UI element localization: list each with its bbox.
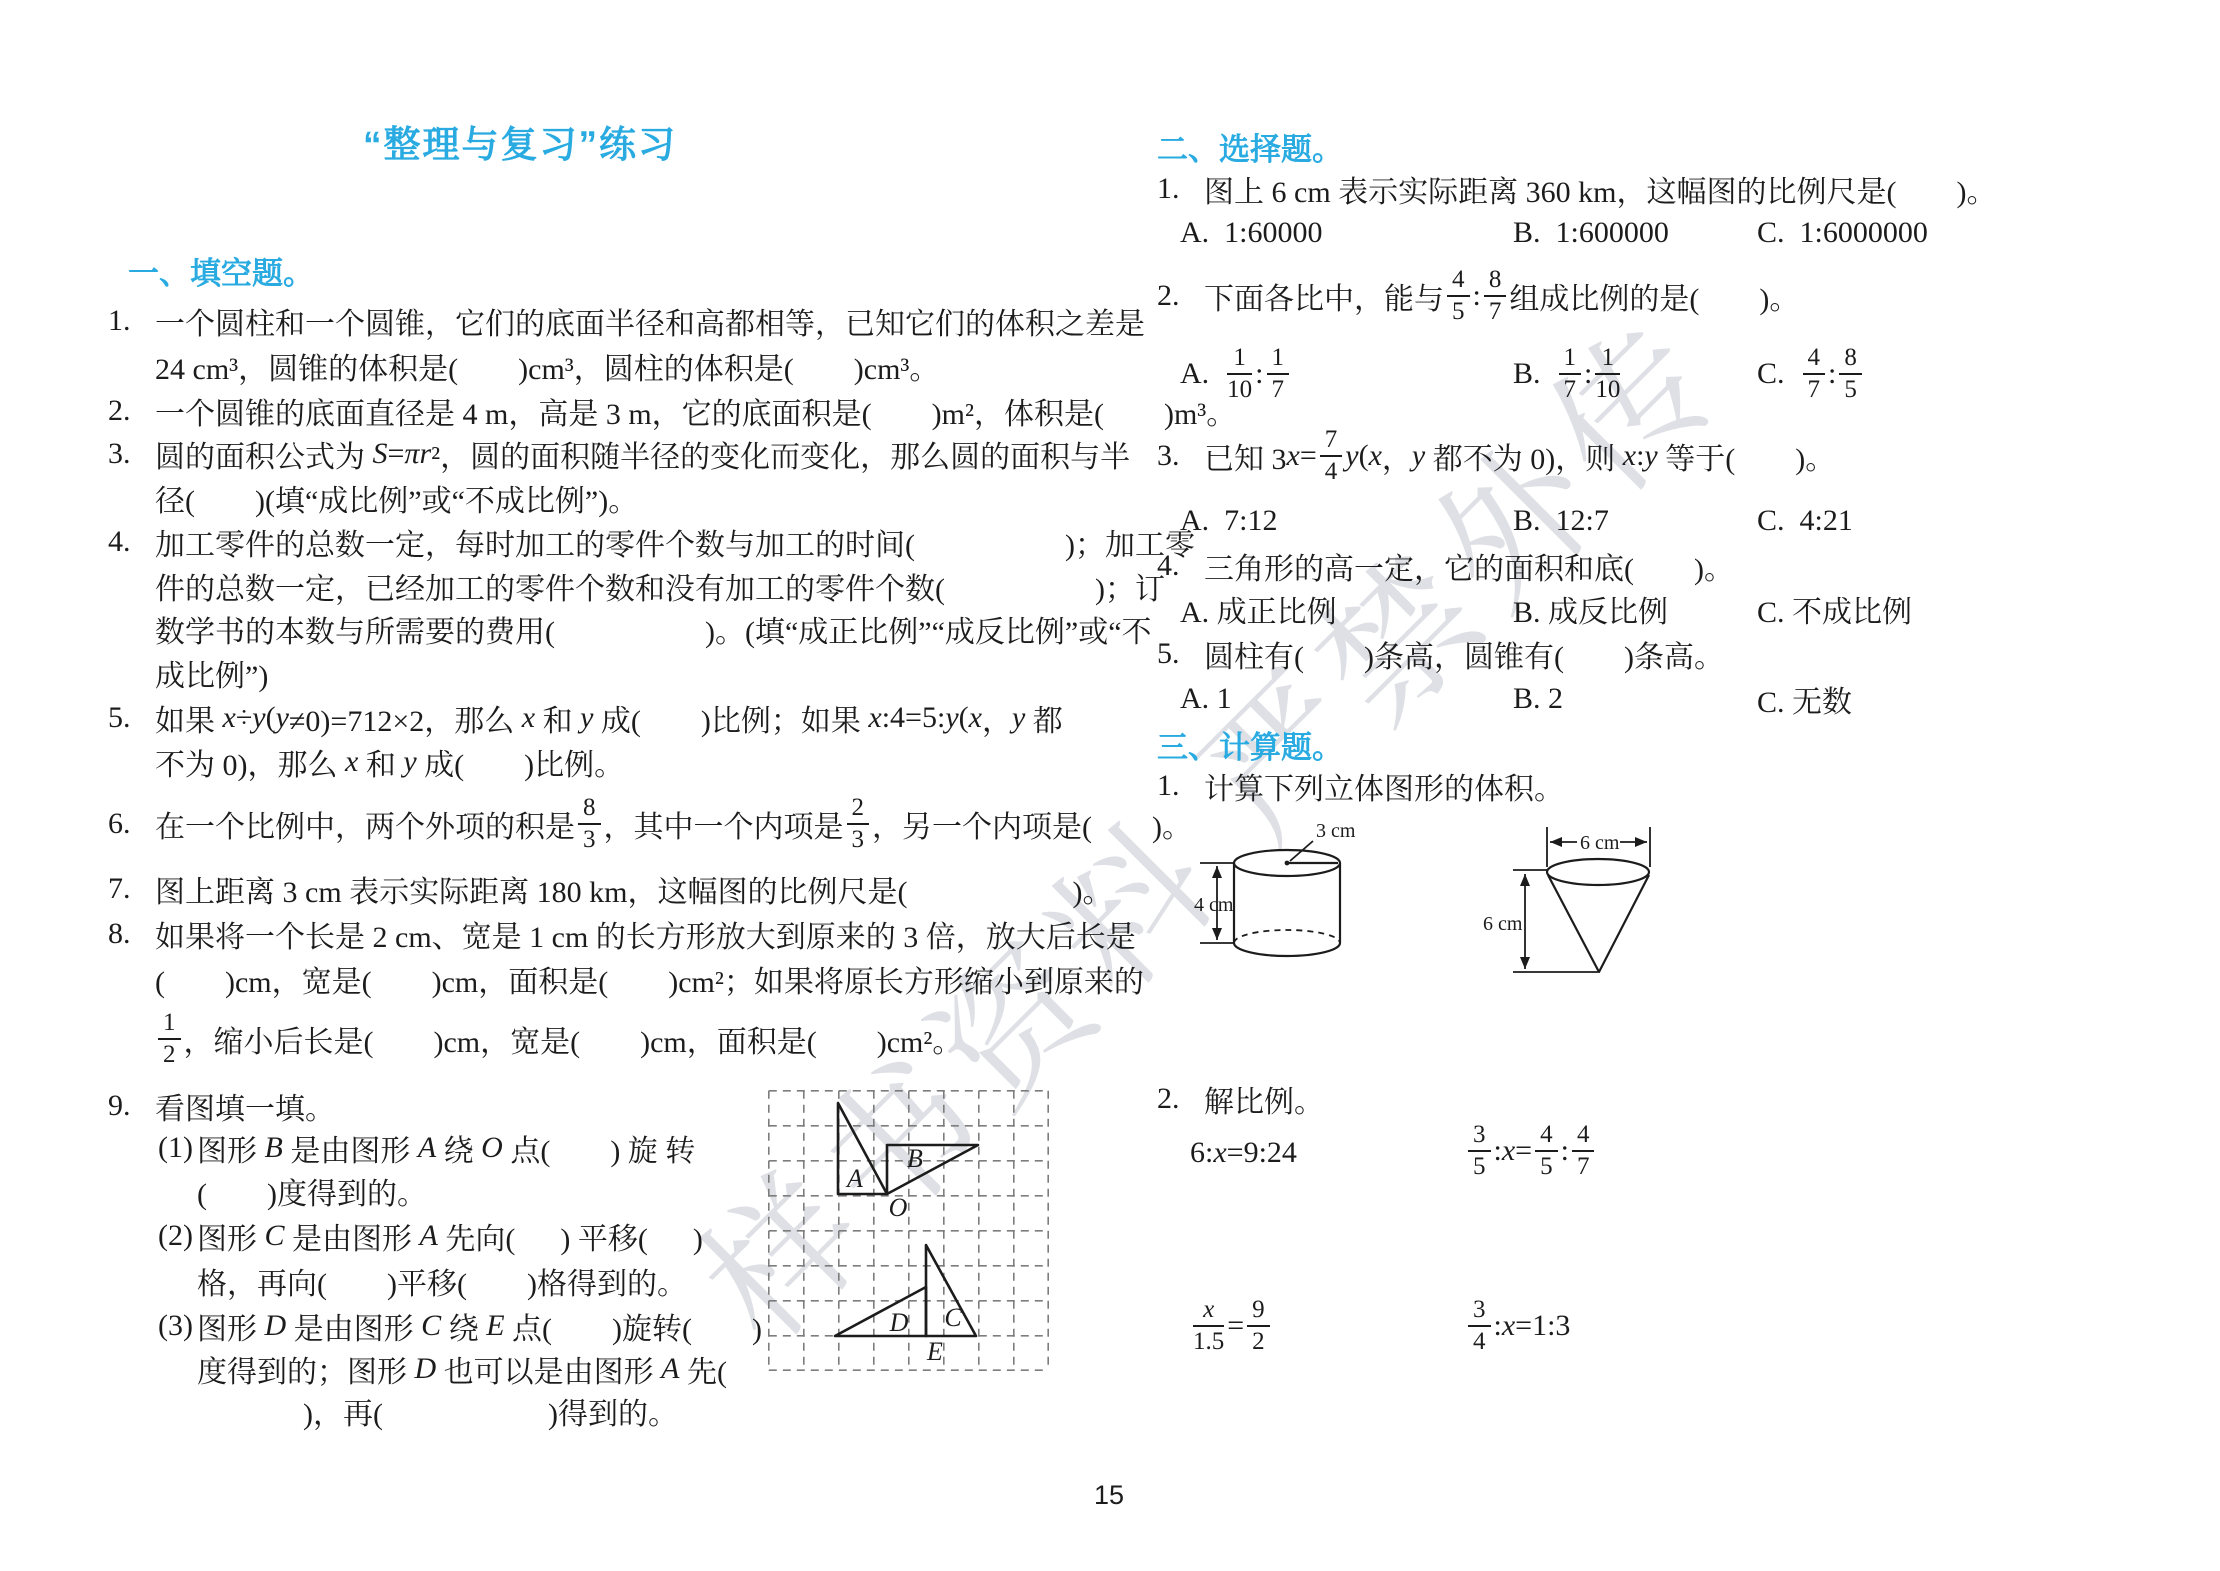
- solids-figure: 3 cm 4 cm 6 cm 6 cm: [1180, 815, 2100, 1005]
- choice-question: 5.圆柱有( )条高，圆锥有( )条高。: [1157, 632, 1724, 675]
- label-d: D: [889, 1308, 909, 1337]
- fill-line: 9.看图填一填。: [108, 1084, 335, 1127]
- label-c: C: [944, 1303, 962, 1332]
- choice-option: B. 成反比例: [1513, 587, 1668, 630]
- fill-line: 24 cm³，圆锥的体积是( )cm³，圆柱的体积是( )cm³。: [155, 344, 939, 387]
- choice-question: 4.三角形的高一定，它的面积和底( )。: [1157, 544, 1734, 587]
- fill-line: (2)图形 C 是由图形 A 先向( ) 平移( ): [158, 1214, 703, 1257]
- label-e: E: [926, 1337, 943, 1366]
- fill-line: ( )cm，宽是( )cm，面积是( )cm²；如果将原长方形缩小到原来的: [155, 957, 1144, 1000]
- calc-question: 1.计算下列立体图形的体积。: [1157, 764, 1564, 807]
- fill-line: 4.加工零件的总数一定，每时加工的零件个数与加工的时间( )；加工零: [108, 520, 1195, 563]
- cone-diameter-label: 6 cm: [1580, 832, 1620, 854]
- choice-option: A. 7:12: [1180, 499, 1278, 542]
- grid-lines: [769, 1091, 1048, 1370]
- calc-question: 2.解比例。: [1157, 1077, 1324, 1120]
- fill-line: 不为 0)，那么 x 和 y 成( )比例。: [155, 740, 624, 783]
- choice-option: B. 12:7: [1513, 499, 1609, 542]
- choice-option: C. 47:85: [1757, 330, 1865, 418]
- choice-option: B. 1:600000: [1513, 211, 1669, 254]
- fill-line: )，再( )得到的。: [303, 1389, 678, 1432]
- fill-line: 3.圆的面积公式为 S=πr²，圆的面积随半径的变化而变化，那么圆的面积与半: [108, 432, 1130, 475]
- choice-option: B. 17:110: [1513, 330, 1623, 418]
- fill-line: 成比例”): [155, 651, 268, 694]
- choice-question: 2.下面各比中，能与45:87组成比例的是( )。: [1157, 252, 1799, 340]
- worksheet-page: 样书资料 严禁外传 “整理与复习”练习 一、填空题。 1.一个圆柱和一个圆锥，它…: [0, 0, 2220, 1571]
- fill-line: 8.如果将一个长是 2 cm、宽是 1 cm 的长方形放大到原来的 3 倍，放大…: [108, 912, 1136, 955]
- fill-line: (1)图形 B 是由图形 A 绕 O 点( ) 旋 转: [158, 1126, 695, 1169]
- fill-line: 度得到的；图形 D 也可以是由图形 A 先(: [197, 1347, 727, 1390]
- triangle-d: [835, 1287, 926, 1336]
- fill-line: (3)图形 D 是由图形 C 绕 E 点( )旋转( ): [158, 1304, 762, 1347]
- cylinder-height-label: 4 cm: [1194, 894, 1234, 916]
- cylinder-radius-label: 3 cm: [1316, 820, 1356, 842]
- fill-line: 12，缩小后长是( )cm，宽是( )cm，面积是( )cm²。: [155, 995, 962, 1083]
- cone-height-label: 6 cm: [1483, 913, 1523, 935]
- choice-option: B. 2: [1513, 677, 1563, 720]
- solve-equation-2: 35:x=45:47: [1465, 1107, 1597, 1195]
- fill-line: 2.一个圆锥的底面直径是 4 m，高是 3 m，它的底面积是( )m²，体积是(…: [108, 389, 1236, 432]
- label-a: A: [845, 1164, 863, 1193]
- section-fill-header: 一、填空题。: [128, 248, 314, 292]
- radius-center-dot: [1285, 861, 1290, 866]
- fill-line: 数学书的本数与所需要的费用( )。(填“成正比例”“成反比例”或“不: [155, 607, 1152, 650]
- solve-equation-3: x1.5=92: [1190, 1282, 1273, 1370]
- choice-option: A. 1: [1180, 677, 1232, 720]
- choice-question: 1.图上 6 cm 表示实际距离 360 km，这幅图的比例尺是( )。: [1157, 167, 1996, 210]
- fill-line: 格，再向( )平移( )格得到的。: [197, 1259, 687, 1302]
- page-title: “整理与复习”练习: [363, 118, 677, 164]
- grid-figure: A B O D C E: [768, 1090, 1049, 1377]
- solve-equation-1: 6:x=9:24: [1190, 1131, 1297, 1174]
- choice-option: A. 成正比例: [1180, 587, 1337, 630]
- label-o: O: [889, 1193, 908, 1222]
- fill-line: 件的总数一定，已经加工的零件个数和没有加工的零件个数( )；订: [155, 564, 1165, 607]
- fill-line: 7.图上距离 3 cm 表示实际距离 180 km，这幅图的比例尺是( )。: [108, 867, 1112, 910]
- choice-option: A. 1:60000: [1180, 211, 1323, 254]
- choice-option: A. 110:17: [1180, 330, 1292, 418]
- choice-option: C. 不成比例: [1757, 587, 1912, 630]
- fill-line: 径( )(填“成比例”或“不成比例”)。: [155, 476, 638, 519]
- fill-line: 6.在一个比例中，两个外项的积是83，其中一个内项是23，另一个内项是( )。: [108, 780, 1192, 868]
- triangle-b: [887, 1145, 978, 1194]
- solve-equation-4: 34:x=1:3: [1465, 1282, 1570, 1370]
- choice-option: C. 1:6000000: [1757, 211, 1928, 254]
- choice-option: C. 无数: [1757, 677, 1852, 720]
- section-calc-header: 三、计算题。: [1157, 722, 1343, 766]
- choice-question: 3.已知 3x=74y(x，y 都不为 0)，则 x:y 等于( )。: [1157, 412, 1835, 500]
- fill-line: 1.一个圆柱和一个圆锥，它们的底面半径和高都相等，已知它们的体积之差是: [108, 299, 1145, 342]
- section-choice-header: 二、选择题。: [1157, 124, 1343, 168]
- page-number: 15: [1079, 1480, 1139, 1511]
- label-b: B: [907, 1144, 923, 1173]
- fill-line: ( )度得到的。: [197, 1169, 427, 1212]
- fill-line: 5.如果 x÷y(y≠0)=712×2，那么 x 和 y 成( )比例；如果 x…: [108, 696, 1063, 739]
- choice-option: C. 4:21: [1757, 499, 1853, 542]
